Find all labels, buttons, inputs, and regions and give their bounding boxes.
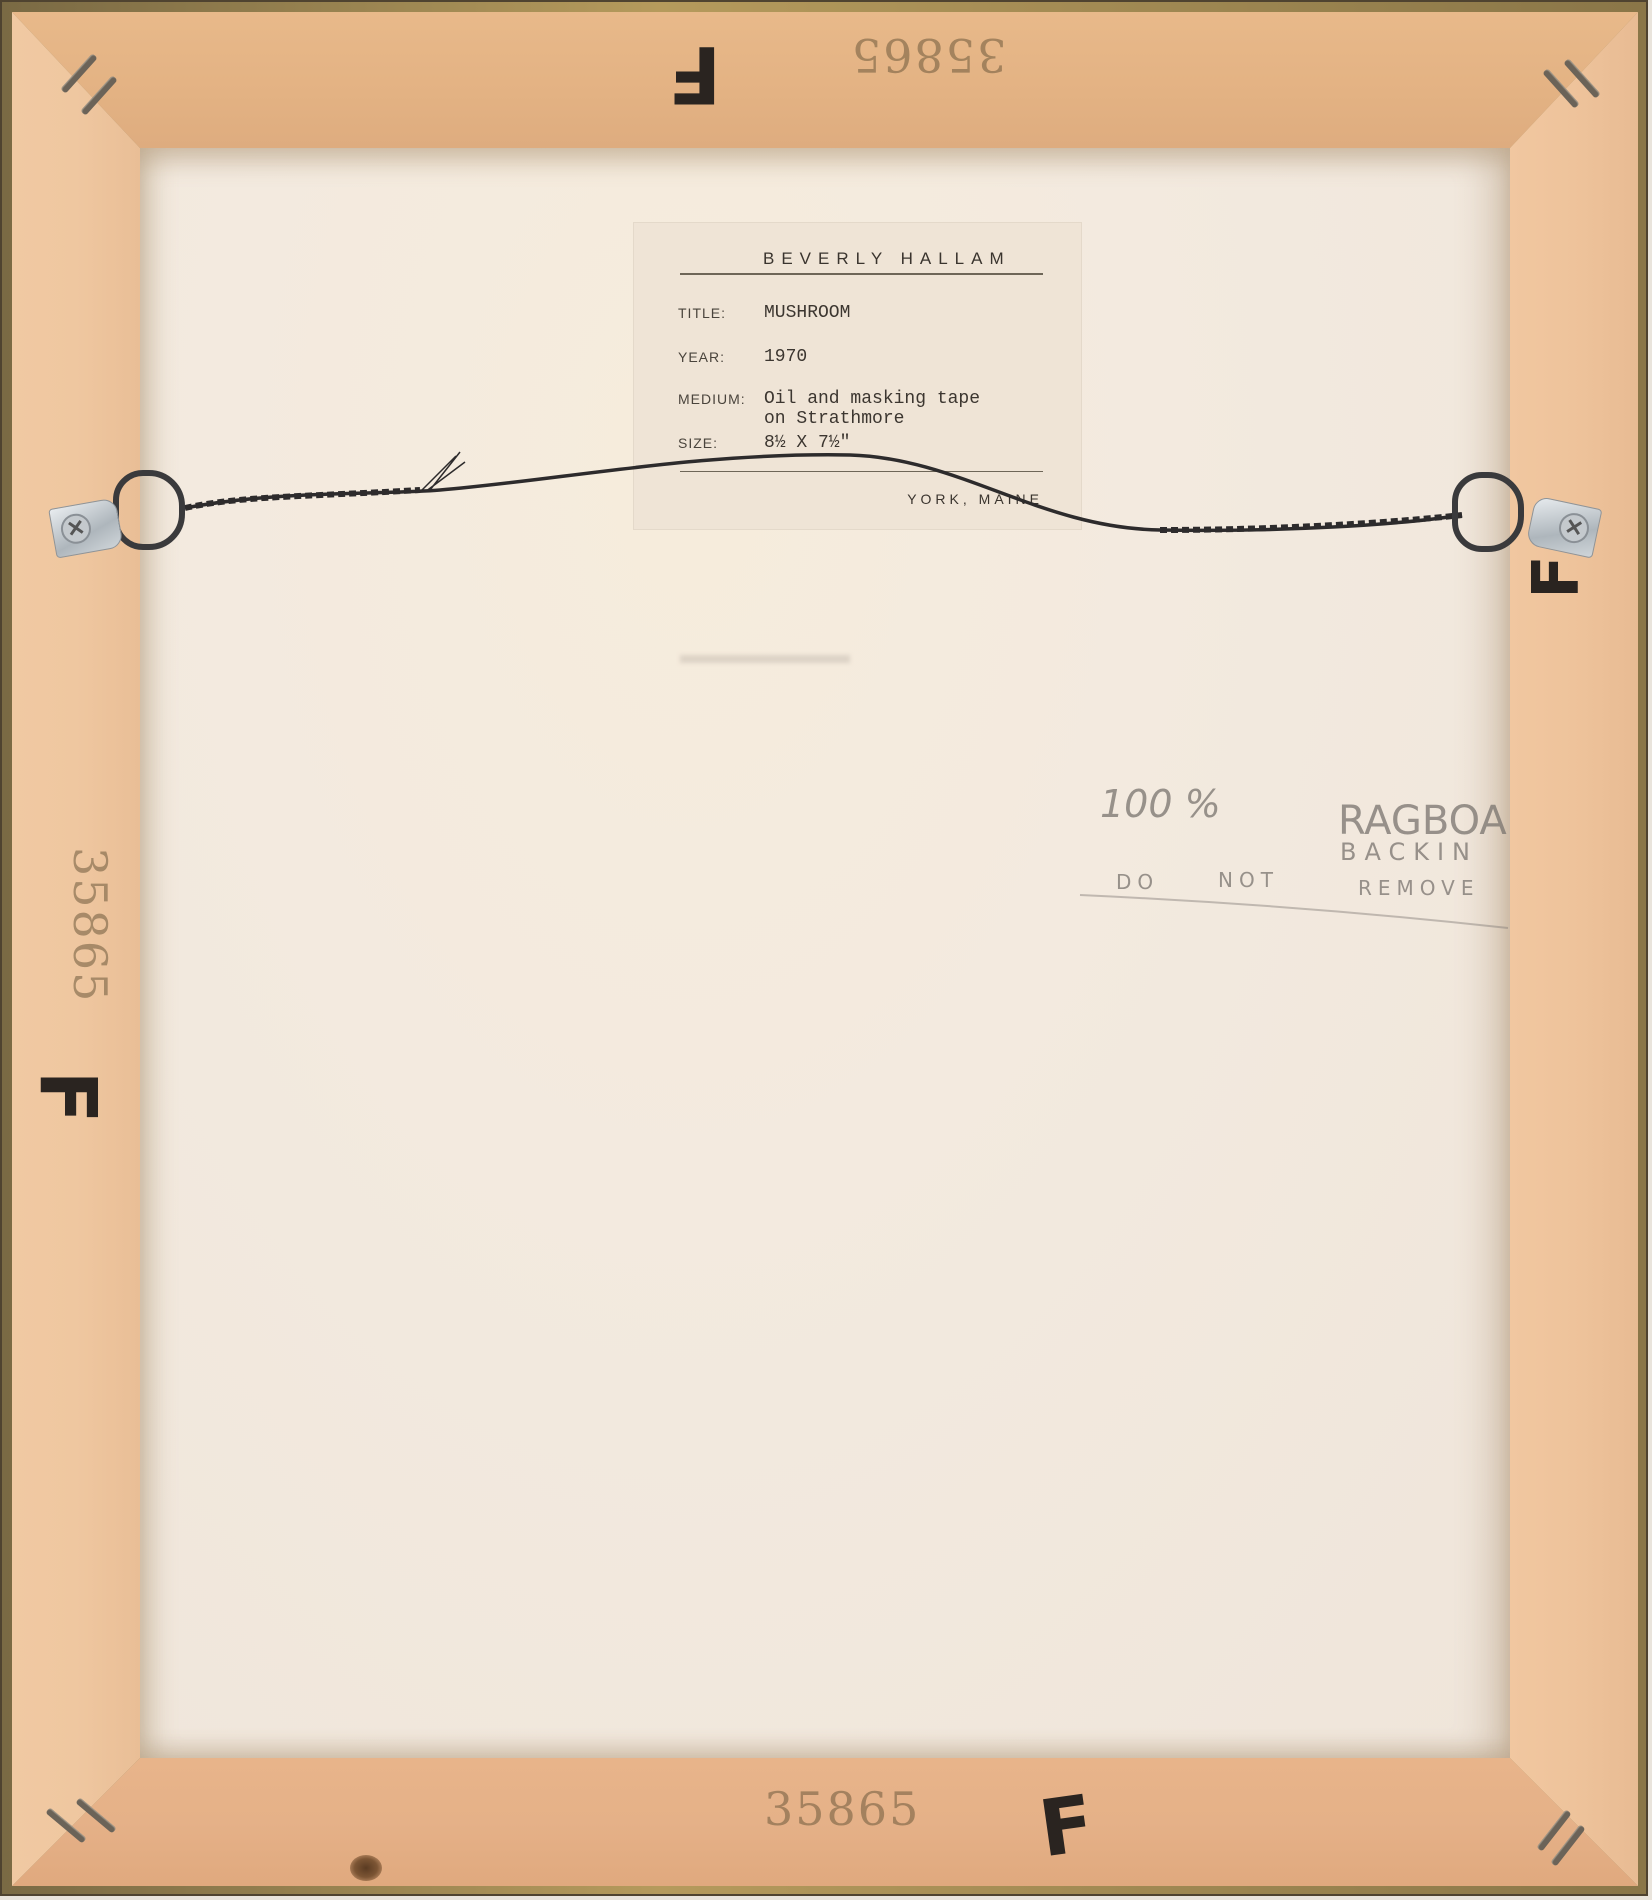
screw-icon: ✕ [1556,510,1592,546]
hanging-wire [0,0,1652,1900]
left-hanger-ring [113,470,185,550]
right-hanger-ring [1452,472,1524,552]
screw-icon: ✕ [59,511,94,546]
